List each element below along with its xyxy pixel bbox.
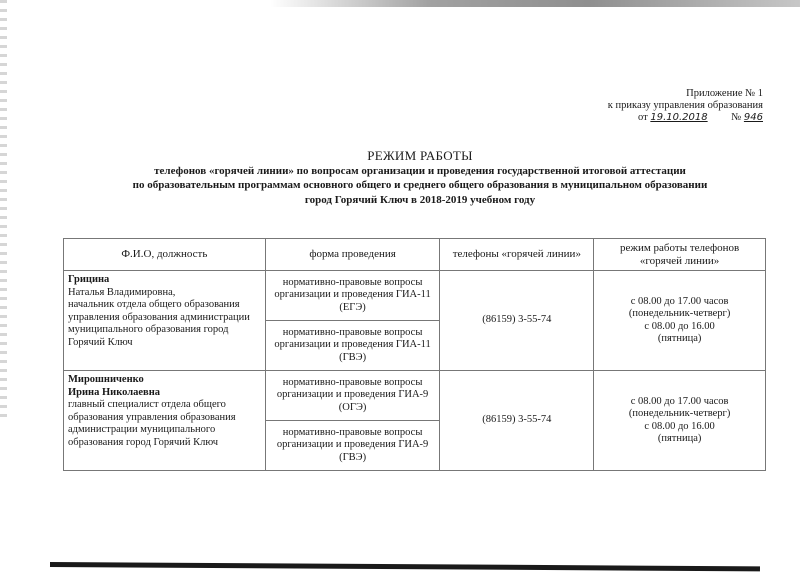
scan-edge-artifact bbox=[270, 0, 800, 7]
scan-bottom-edge bbox=[50, 562, 760, 571]
title-main: РЕЖИМ РАБОТЫ bbox=[40, 149, 800, 164]
phone-cell: (86159) 3-55-74 bbox=[440, 271, 594, 371]
phone-cell: (86159) 3-55-74 bbox=[440, 371, 594, 471]
form-cell: нормативно-правовые вопросы организации … bbox=[265, 371, 440, 421]
order-number: 946 bbox=[744, 112, 763, 123]
header-form: форма проведения bbox=[265, 239, 440, 271]
order-date: 19.10.2018 bbox=[650, 112, 707, 123]
appendix-title: Приложение № 1 bbox=[608, 88, 763, 100]
scan-edge-artifact bbox=[0, 0, 7, 420]
person-cell: Мирошниченко Ирина Николаевна главный сп… bbox=[64, 371, 266, 471]
form-cell: нормативно-правовые вопросы организации … bbox=[265, 421, 440, 471]
hours-cell: с 08.00 до 17.00 часов (понедельник-четв… bbox=[594, 271, 766, 371]
form-cell: нормативно-правовые вопросы организации … bbox=[265, 321, 440, 371]
hotline-table: Ф.И.О, должность форма проведения телефо… bbox=[63, 238, 766, 471]
document-title: РЕЖИМ РАБОТЫ телефонов «горячей линии» п… bbox=[40, 149, 800, 207]
title-line-1: телефонов «горячей линии» по вопросам ор… bbox=[40, 164, 800, 179]
title-line-3: город Горячий Ключ в 2018-2019 учебном г… bbox=[40, 193, 800, 208]
appendix-date-line: от 19.10.2018 № 946 bbox=[608, 112, 763, 124]
header-name: Ф.И.О, должность bbox=[64, 239, 266, 271]
appendix-order: к приказу управления образования bbox=[608, 100, 763, 112]
header-phone: телефоны «горячей линии» bbox=[440, 239, 594, 271]
form-cell: нормативно-правовые вопросы организации … bbox=[265, 271, 440, 321]
table-row: Грицина Наталья Владимировна, начальник … bbox=[64, 271, 766, 321]
header-hours: режим работы телефонов «горячей линии» bbox=[594, 239, 766, 271]
person-cell: Грицина Наталья Владимировна, начальник … bbox=[64, 271, 266, 371]
table-header-row: Ф.И.О, должность форма проведения телефо… bbox=[64, 239, 766, 271]
title-line-2: по образовательным программам основного … bbox=[40, 178, 800, 193]
appendix-note: Приложение № 1 к приказу управления обра… bbox=[608, 88, 763, 124]
hours-cell: с 08.00 до 17.00 часов (понедельник-четв… bbox=[594, 371, 766, 471]
table-row: Мирошниченко Ирина Николаевна главный сп… bbox=[64, 371, 766, 421]
